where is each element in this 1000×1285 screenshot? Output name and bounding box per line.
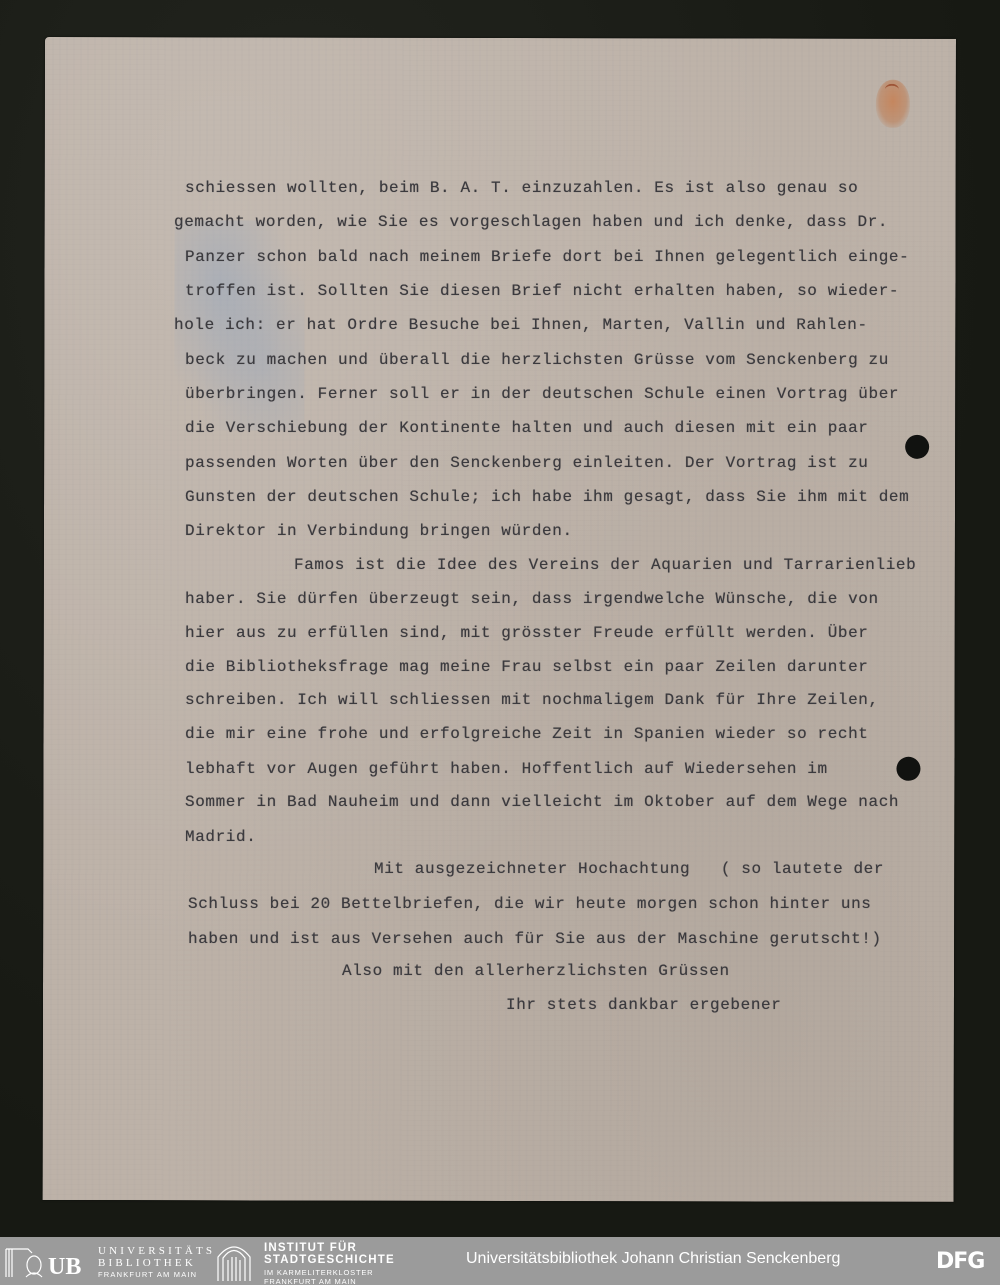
letter-line: hier aus zu erfüllen sind, mit grösster … [185,624,869,642]
letter-line: schiessen wollten, beim B. A. T. einzuza… [185,179,858,197]
letter-line: hole ich: er hat Ordre Besuche bei Ihnen… [174,316,868,334]
letter-line: Panzer schon bald nach meinem Briefe dor… [185,248,909,266]
letter-line: haben und ist aus Versehen auch für Sie … [188,930,882,948]
letter-line: Ihr stets dankbar ergebener [506,996,781,1014]
letter-line: Mit ausgezeichneter Hochachtung ( so lau… [374,860,884,878]
ub-line-2: BIBLIOTHEK [98,1258,215,1269]
letter-line: überbringen. Ferner soll er in der deuts… [185,385,899,403]
isg-line-1: INSTITUT FÜR [264,1243,395,1255]
ub-logo-text: UNIVERSITÄTS BIBLIOTHEK FRANKFURT AM MAI… [98,1246,215,1279]
letter-line: Sommer in Bad Nauheim und dann vielleich… [185,793,899,811]
letter-line: haber. Sie dürfen überzeugt sein, dass i… [185,590,879,608]
letter-line: passenden Worten über den Senckenberg ei… [185,454,869,472]
letter-line: lebhaft vor Augen geführt haben. Hoffent… [185,760,828,778]
letter-line: Also mit den allerherzlichsten Grüssen [342,962,730,980]
letter-line: die Verschiebung der Kontinente halten u… [185,419,869,437]
letter-line: schreiben. Ich will schliessen mit nochm… [185,691,879,709]
ub-initials: UB [48,1254,81,1279]
isg-line-3: IM KARMELITERKLOSTER [264,1269,395,1277]
library-name: Universitätsbibliothek Johann Christian … [466,1250,840,1268]
letter-line: Direktor in Verbindung bringen würden. [185,522,573,540]
ub-line-1: UNIVERSITÄTS [98,1246,215,1257]
letter-line: die Bibliotheksfrage mag meine Frau selb… [185,658,869,676]
institut-logo-text: INSTITUT FÜR STADTGESCHICHTE IM KARMELIT… [264,1243,395,1285]
ub-library-logo-icon: UB [4,1245,92,1279]
ub-line-3: FRANKFURT AM MAIN [98,1271,215,1279]
letter-line: Gunsten der deutschen Schule; ich habe i… [185,488,909,506]
isg-line-4: FRANKFURT AM MAIN [264,1278,395,1285]
isg-line-2: STADTGESCHICHTE [264,1255,395,1267]
letter-line: die mir eine frohe und erfolgreiche Zeit… [185,725,869,743]
letter-line: beck zu machen und überall die herzlichs… [185,351,889,369]
typed-letter-text: schiessen wollten, beim B. A. T. einzuza… [0,0,1000,1237]
footer-bar: UB UNIVERSITÄTS BIBLIOTHEK FRANKFURT AM … [0,1237,1000,1285]
letter-line: Madrid. [185,828,256,846]
letter-line: gemacht worden, wie Sie es vorgeschlagen… [174,213,888,231]
letter-line: Famos ist die Idee des Vereins der Aquar… [294,556,916,574]
letter-line: Schluss bei 20 Bettelbriefen, die wir he… [188,895,872,913]
institut-gothic-arch-icon [214,1243,254,1281]
dfg-logo: DFG [936,1249,984,1274]
letter-line: troffen ist. Sollten Sie diesen Brief ni… [185,282,899,300]
